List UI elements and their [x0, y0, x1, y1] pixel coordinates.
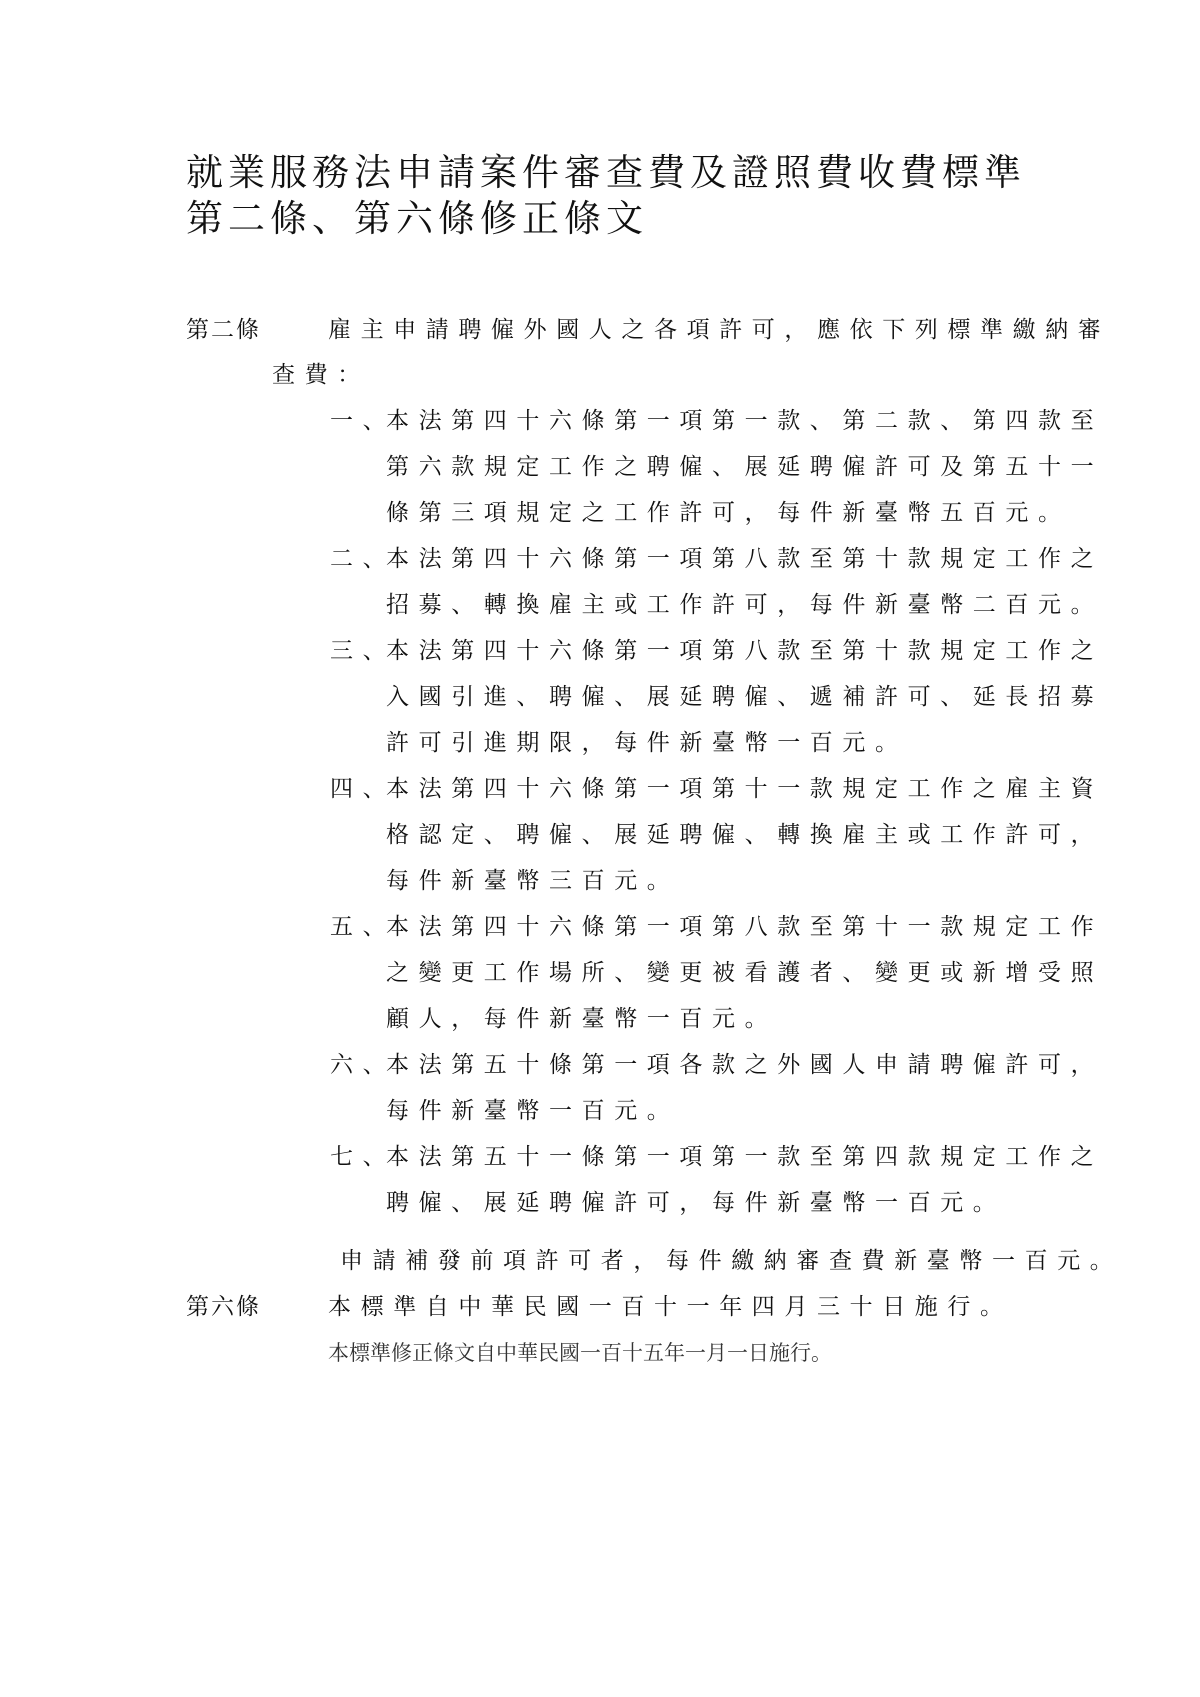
item-line: 每件新臺幣一百元。: [386, 1088, 679, 1134]
article-6-line-1: 本標準自中華民國一百十一年四月三十日施行。: [328, 1284, 1013, 1330]
title-line-2: 第二條、第六條修正條文: [186, 196, 1046, 242]
article-6-label: 第六條: [186, 1284, 261, 1330]
item-line: 本法第五十條第一項各款之外國人申請聘僱許可，: [386, 1042, 1103, 1088]
item-line: 招募、轉換雇主或工作許可，每件新臺幣二百元。: [386, 582, 1103, 628]
item-line: 許可引進期限，每件新臺幣一百元。: [386, 720, 908, 766]
article-2-intro-line-1: 雇主申請聘僱外國人之各項許可，應依下列標準繳納審: [328, 307, 1110, 353]
document-title: 就業服務法申請案件審查費及證照費收費標準 第二條、第六條修正條文: [186, 150, 1046, 242]
item-line: 本法第四十六條第一項第十一款規定工作之雇主資: [386, 766, 1103, 812]
item-line: 聘僱、展延聘僱許可，每件新臺幣一百元。: [386, 1180, 1005, 1226]
article-2-intro-line-2: 查費：: [272, 352, 370, 398]
item-line: 本法第四十六條第一項第一款、第二款、第四款至: [386, 398, 1103, 444]
item-line: 本法第五十一條第一項第一款至第四款規定工作之: [386, 1134, 1103, 1180]
article-6-line-2: 本標準修正條文自中華民國一百十五年一月一日施行。: [328, 1333, 832, 1373]
item-line: 入國引進、聘僱、展延聘僱、遞補許可、延長招募: [386, 674, 1103, 720]
item-line: 條第三項規定之工作許可，每件新臺幣五百元。: [386, 490, 1071, 536]
item-line: 之變更工作場所、變更被看護者、變更或新增受照: [386, 950, 1103, 996]
article-2-closing: 申請補發前項許可者，每件繳納審查費新臺幣一百元。: [340, 1238, 1122, 1284]
document-page: 就業服務法申請案件審查費及證照費收費標準 第二條、第六條修正條文 第二條 雇主申…: [0, 0, 1200, 1697]
title-line-1: 就業服務法申請案件審查費及證照費收費標準: [186, 150, 1046, 196]
item-line: 格認定、聘僱、展延聘僱、轉換雇主或工作許可，: [386, 812, 1103, 858]
item-line: 每件新臺幣三百元。: [386, 858, 679, 904]
item-line: 第六款規定工作之聘僱、展延聘僱許可及第五十一: [386, 444, 1103, 490]
item-line: 顧人，每件新臺幣一百元。: [386, 996, 777, 1042]
item-line: 本法第四十六條第一項第八款至第十款規定工作之: [386, 628, 1103, 674]
item-line: 本法第四十六條第一項第八款至第十款規定工作之: [386, 536, 1103, 582]
item-line: 本法第四十六條第一項第八款至第十一款規定工作: [386, 904, 1103, 950]
article-2-label: 第二條: [186, 307, 261, 353]
